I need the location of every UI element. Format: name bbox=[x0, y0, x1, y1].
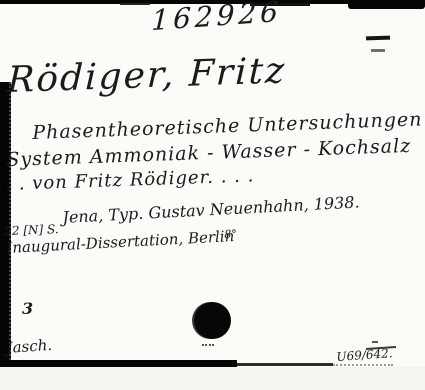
card-bottom-rule-solid bbox=[0, 360, 237, 367]
punch-hole bbox=[194, 302, 231, 339]
imprint-line: Jena, Typ. Gustav Neuenhahn, 1938. bbox=[62, 192, 360, 227]
stray-ink-mark bbox=[366, 36, 390, 41]
title-line-3: . . von Fritz Rödiger. . . . bbox=[5, 165, 255, 195]
card-bottom-rule-dotted bbox=[333, 364, 393, 366]
stray-ink-mark bbox=[371, 49, 385, 52]
card-bottom-rule-thin bbox=[237, 363, 333, 366]
punch-hole-smudge bbox=[202, 344, 214, 348]
scan-top-nib bbox=[120, 3, 150, 5]
author-heading: Rödiger, Fritz bbox=[7, 50, 287, 101]
scan-top-right-blob bbox=[348, 0, 425, 9]
catalog-number: 162926 bbox=[151, 0, 283, 37]
accession-code: U69/642. bbox=[336, 346, 393, 364]
side-mark: 3 bbox=[22, 299, 33, 318]
collation-note: 52 [N] S. bbox=[4, 222, 59, 238]
catalog-card-scan: 162926 Rödiger, Fritz Phasentheoretische… bbox=[0, 0, 425, 390]
accession-tick-mark bbox=[372, 341, 378, 343]
format-mark: 8° bbox=[224, 227, 237, 241]
cataloger-signature: Jasch. bbox=[6, 336, 53, 357]
scanner-background bbox=[0, 367, 425, 390]
